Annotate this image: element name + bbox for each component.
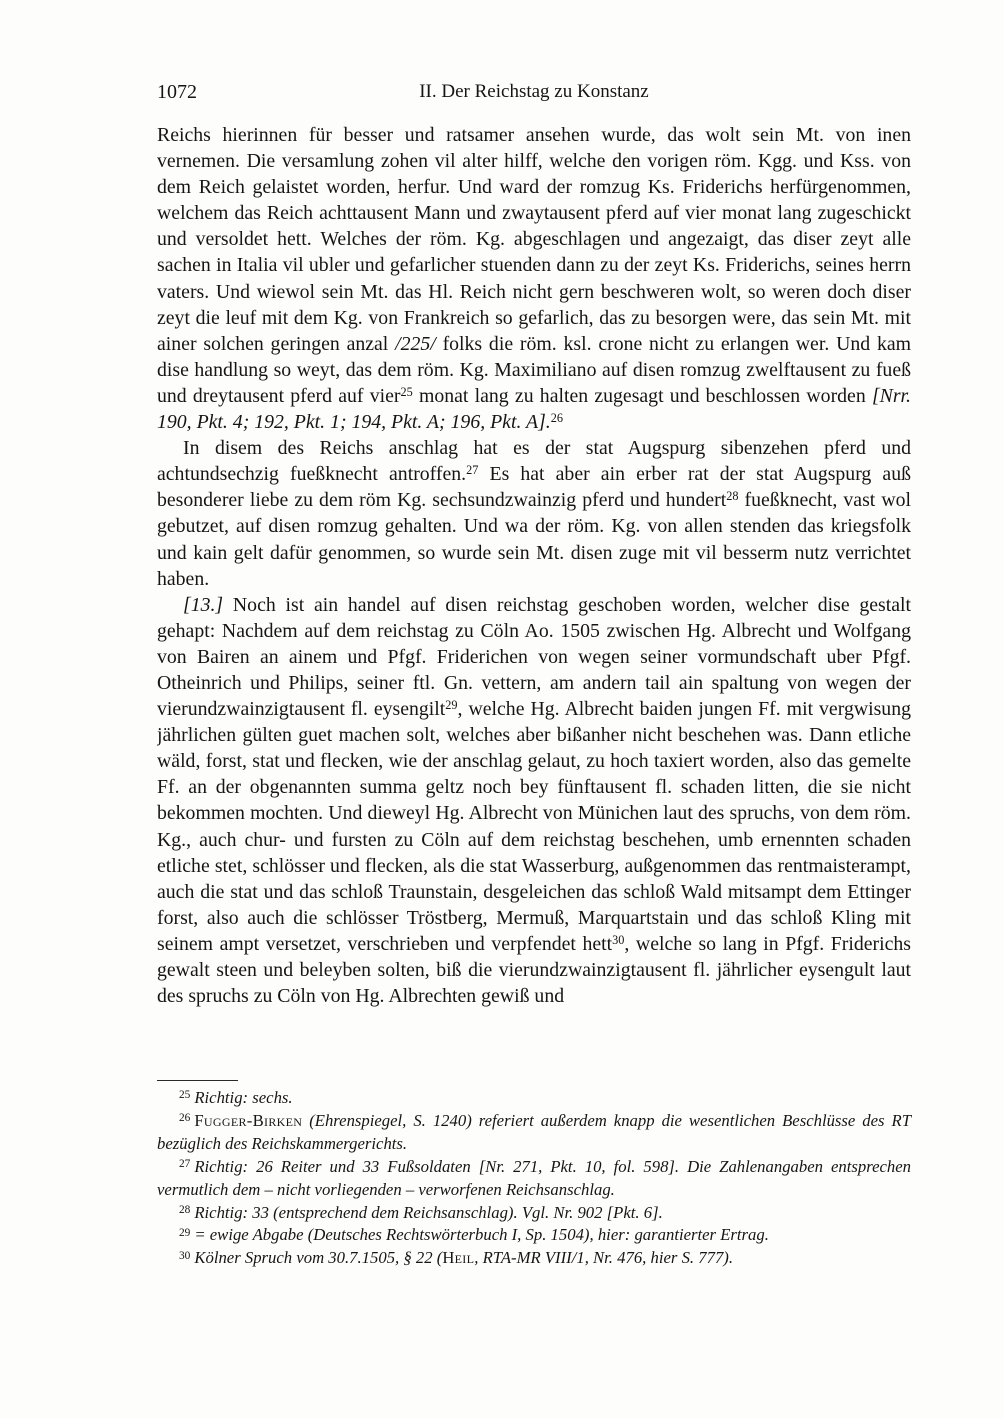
text-run: /225/ — [395, 333, 436, 355]
text-run: Kölner Spruch vom 30.7.1505, § 22 ( — [194, 1248, 442, 1267]
footnote-marker: 30 — [179, 1250, 194, 1262]
text-run: 27 — [466, 463, 478, 477]
footnotes-list: 25Richtig: sechs.26Fugger-Birken (Ehrens… — [157, 1087, 911, 1270]
text-run: , RTA-MR VIII/1, Nr. 476, hier S. 777). — [474, 1248, 733, 1267]
page-header: 1072 II. Der Reichstag zu Konstanz — [157, 80, 911, 104]
footnote: 27Richtig: 26 Reiter und 33 Fußsoldaten … — [157, 1156, 911, 1202]
footnote-marker: 25 — [179, 1089, 194, 1101]
footnote-marker: 29 — [179, 1227, 194, 1239]
text-run: 25 — [400, 385, 412, 399]
text-run: monat lang zu halten zugesagt und beschl… — [413, 385, 872, 407]
text-run: , welche Hg. Albrecht baiden jungen Ff. … — [157, 698, 911, 955]
footnote: 28Richtig: 33 (entsprechend dem Reichsan… — [157, 1202, 911, 1225]
text-run: Heil — [442, 1248, 474, 1267]
book-page: { "header": { "page_number": "1072", "ru… — [0, 0, 1004, 1418]
text-run: Richtig: sechs. — [194, 1088, 292, 1107]
text-run: 29 — [445, 698, 457, 712]
paragraph: In disem des Reichs anschlag hat es der … — [157, 435, 911, 592]
footnote-separator-rule — [157, 1080, 238, 1081]
footnote: 26Fugger-Birken (Ehrenspiegel, S. 1240) … — [157, 1110, 911, 1156]
footnote-marker: 28 — [179, 1204, 194, 1216]
footnote-marker: 27 — [179, 1158, 194, 1170]
text-run: 26 — [551, 411, 563, 425]
footnote-marker: 26 — [179, 1112, 194, 1124]
footnote: 30Kölner Spruch vom 30.7.1505, § 22 (Hei… — [157, 1247, 911, 1270]
text-run: = ewige Abgabe (Deutsches Rechtswörterbu… — [194, 1225, 769, 1244]
paragraph: [13.] Noch ist ain handel auf disen reic… — [157, 592, 911, 1010]
running-title: II. Der Reichstag zu Konstanz — [157, 80, 911, 104]
text-run: Richtig: 33 (entsprechend dem Reichsansc… — [194, 1203, 662, 1222]
footnote: 25Richtig: sechs. — [157, 1087, 911, 1110]
text-run: Fugger-Birken — [194, 1111, 302, 1130]
text-run: Reichs hierinnen für besser und ratsamer… — [157, 124, 911, 355]
text-run: 30 — [612, 933, 624, 947]
page-number: 1072 — [157, 80, 197, 104]
body-text: Reichs hierinnen für besser und ratsamer… — [157, 122, 911, 1074]
text-run: Richtig: 26 Reiter und 33 Fußsoldaten [N… — [157, 1157, 911, 1199]
paragraph: Reichs hierinnen für besser und ratsamer… — [157, 122, 911, 435]
text-run: 28 — [726, 489, 738, 503]
text-run: [13.] — [183, 594, 223, 616]
footnote: 29= ewige Abgabe (Deutsches Rechtswörter… — [157, 1224, 911, 1247]
footnotes-section: 25Richtig: sechs.26Fugger-Birken (Ehrens… — [157, 1080, 911, 1270]
